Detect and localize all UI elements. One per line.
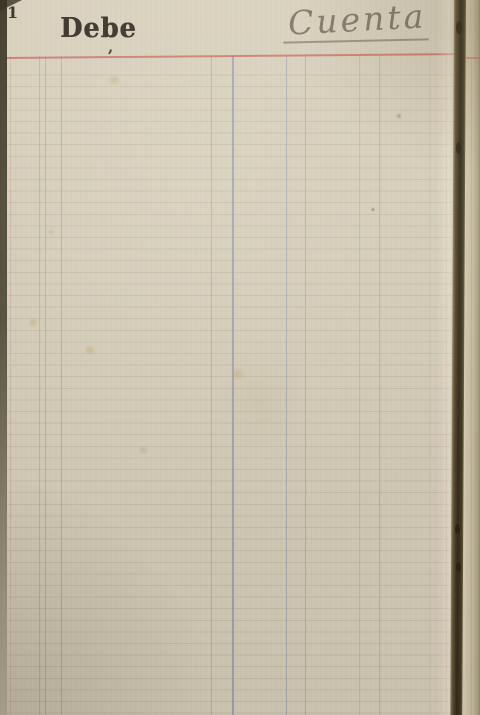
paper-mottling	[215, 340, 305, 460]
rule-center-divider	[232, 56, 234, 715]
rule-amount-col-pink-3	[379, 56, 380, 715]
debit-column-heading: Debe	[60, 13, 137, 44]
next-leaf-edge	[466, 0, 480, 715]
debit-heading-flourish: ,	[108, 38, 113, 56]
rule-date-col-1	[39, 56, 40, 715]
rule-amount-col-pink-2	[359, 56, 360, 715]
paper-stain	[47, 228, 55, 236]
header-red-rule	[6, 53, 456, 59]
rule-right-margin-2	[446, 56, 447, 715]
rule-left-margin	[10, 56, 11, 715]
paper-stain	[28, 317, 38, 328]
rule-amount-col-blue	[286, 56, 287, 715]
page-number: 1	[7, 3, 18, 22]
paper-stain	[107, 74, 121, 86]
paper-stain	[138, 445, 149, 455]
ledger-book-scan: 1 Debe , Cuenta	[0, 0, 480, 715]
rule-folio-col-faint	[211, 56, 212, 715]
paper-speck	[396, 113, 402, 119]
next-leaf-red-rule-horizontal	[466, 57, 480, 59]
ledger-page: 1 Debe , Cuenta	[0, 0, 480, 715]
rule-amount-col-pink-1	[305, 56, 306, 715]
paper-stain	[84, 344, 96, 356]
rule-date-col-2	[45, 56, 46, 715]
next-leaf-red-rule-vertical	[471, 59, 472, 715]
handwritten-account-title: Cuenta	[287, 0, 427, 43]
rule-right-margin-1	[429, 56, 430, 715]
rule-date-col-3	[61, 56, 62, 715]
paper-speck	[371, 207, 375, 212]
